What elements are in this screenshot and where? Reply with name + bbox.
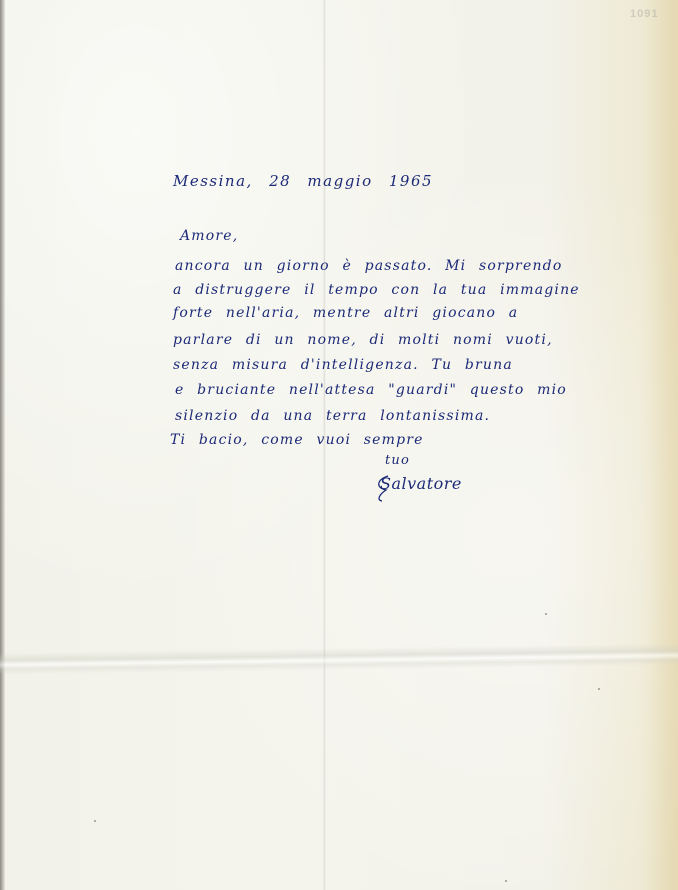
body-line: parlare di un nome, di molti nomi vuoti, (173, 332, 553, 348)
closing: tuo (385, 453, 410, 468)
body-line: ancora un giorno è passato. Mi sorprendo (175, 258, 562, 274)
paper-speck (598, 688, 600, 690)
body-line: senza misura d'intelligenza. Tu bruna (173, 357, 513, 373)
signature-flourish-icon (374, 470, 434, 504)
letter-text: Messina, 28 maggio 1965 Amore, ancora un… (0, 0, 678, 890)
body-line: Ti bacio, come vuoi sempre (170, 432, 424, 448)
paper-speck (337, 184, 339, 186)
body-line: e bruciante nell'attesa "guardi" questo … (175, 382, 567, 398)
paper-speck (505, 880, 507, 882)
paper-speck (545, 613, 547, 615)
body-line: a distruggere il tempo con la tua immagi… (173, 282, 580, 298)
body-line: forte nell'aria, mentre altri giocano a (173, 305, 518, 321)
paper-speck (94, 820, 96, 822)
salutation: Amore, (180, 228, 238, 244)
letter-page: 1091 Messina, 28 maggio 1965 Amore, anco… (0, 0, 678, 890)
body-line: silenzio da una terra lontanissima. (175, 408, 490, 424)
date-line: Messina, 28 maggio 1965 (173, 172, 433, 190)
